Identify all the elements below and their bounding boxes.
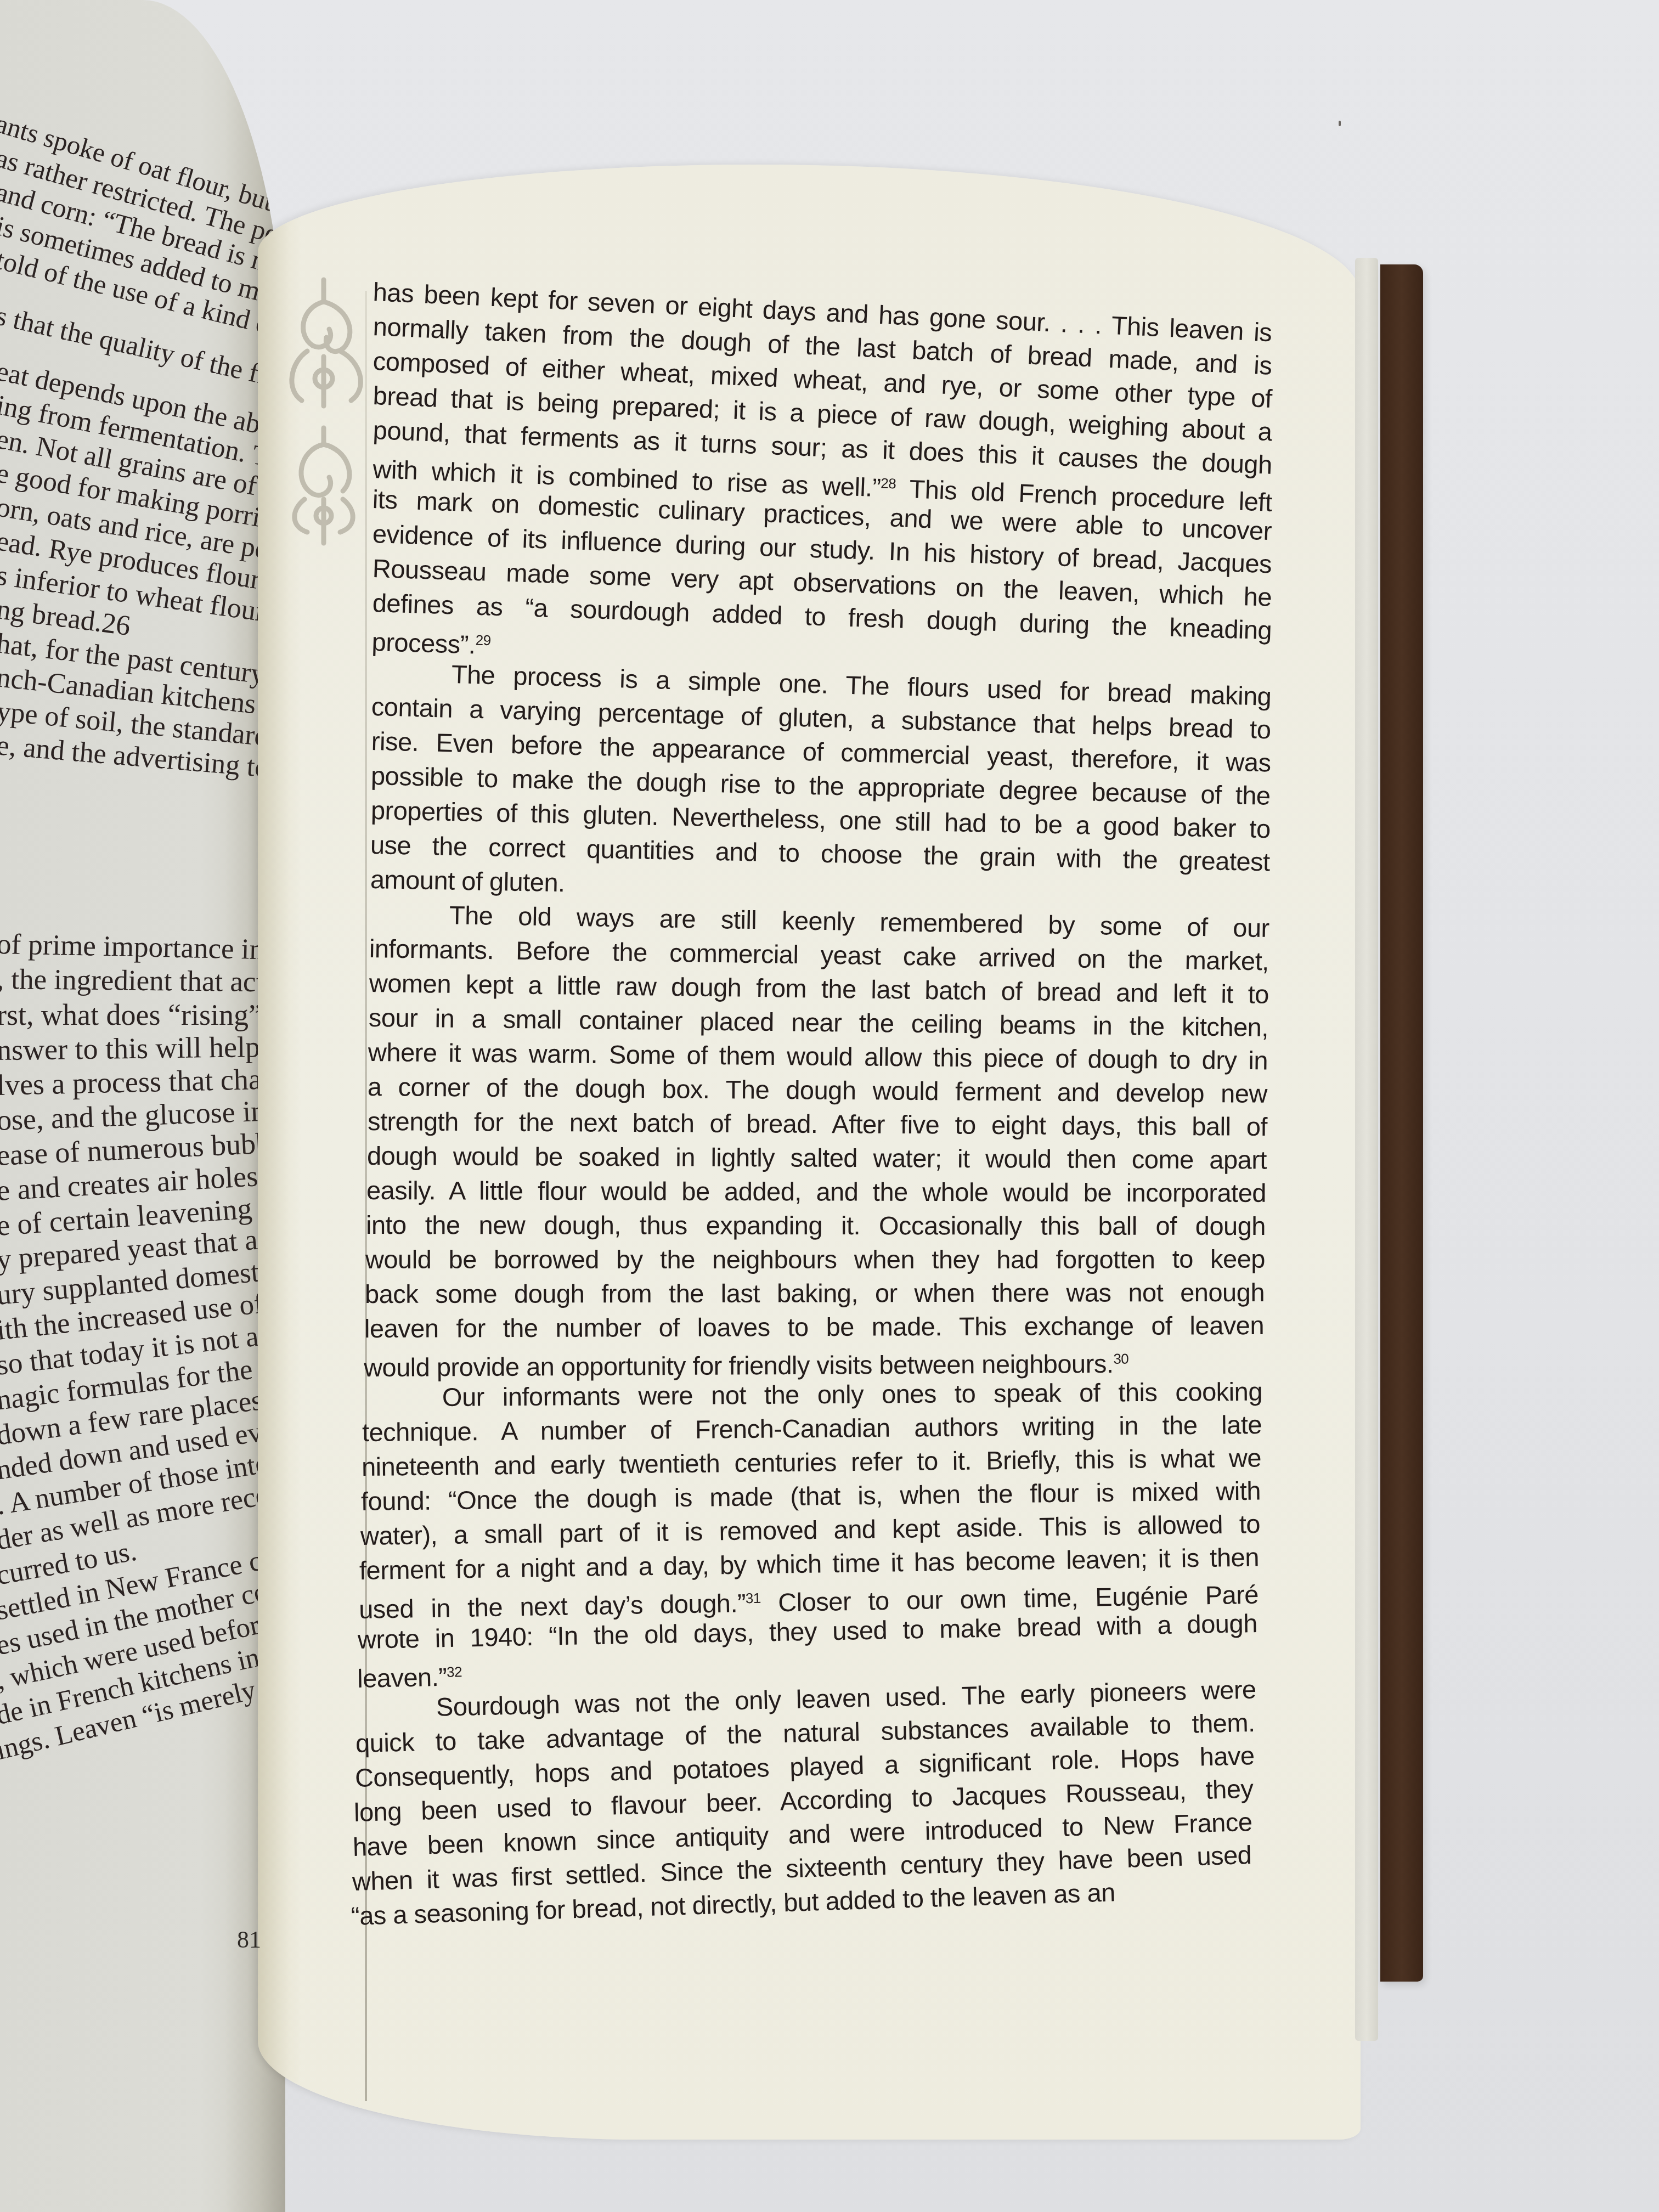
- footnote-ref: 32: [447, 1663, 462, 1680]
- text-line: leaven for the number of loaves to be ma…: [364, 1308, 1264, 1346]
- footnote-ref: 29: [475, 631, 491, 648]
- text-line: easily. A little flour would be added, a…: [366, 1173, 1266, 1210]
- text-line: strength for the next batch of bread. Af…: [368, 1104, 1267, 1144]
- page-number: 81: [237, 1926, 261, 1954]
- body-text: has been kept for seven or eight days an…: [373, 274, 1273, 1933]
- dust-speck: [1339, 121, 1341, 126]
- footnote-ref: 31: [746, 1590, 761, 1606]
- fleuron-ornament-icon: [269, 269, 379, 554]
- footnote-ref: 28: [881, 475, 896, 492]
- book-cover: [1380, 264, 1423, 1982]
- left-page: ants spoke of oat flour, but sinceas rat…: [0, 0, 285, 2212]
- right-page: has been kept for seven or eight days an…: [258, 165, 1361, 2140]
- text-line: dough would be soaked in lightly salted …: [367, 1138, 1267, 1177]
- footnote-ref: 30: [1113, 1351, 1128, 1367]
- text-line: would be borrowed by the neighbours when…: [365, 1242, 1265, 1277]
- text-line: back some dough from the last baking, or…: [365, 1275, 1265, 1311]
- text-line: into the new dough, thus expanding it. O…: [366, 1207, 1266, 1243]
- page-edges: [1355, 258, 1378, 2041]
